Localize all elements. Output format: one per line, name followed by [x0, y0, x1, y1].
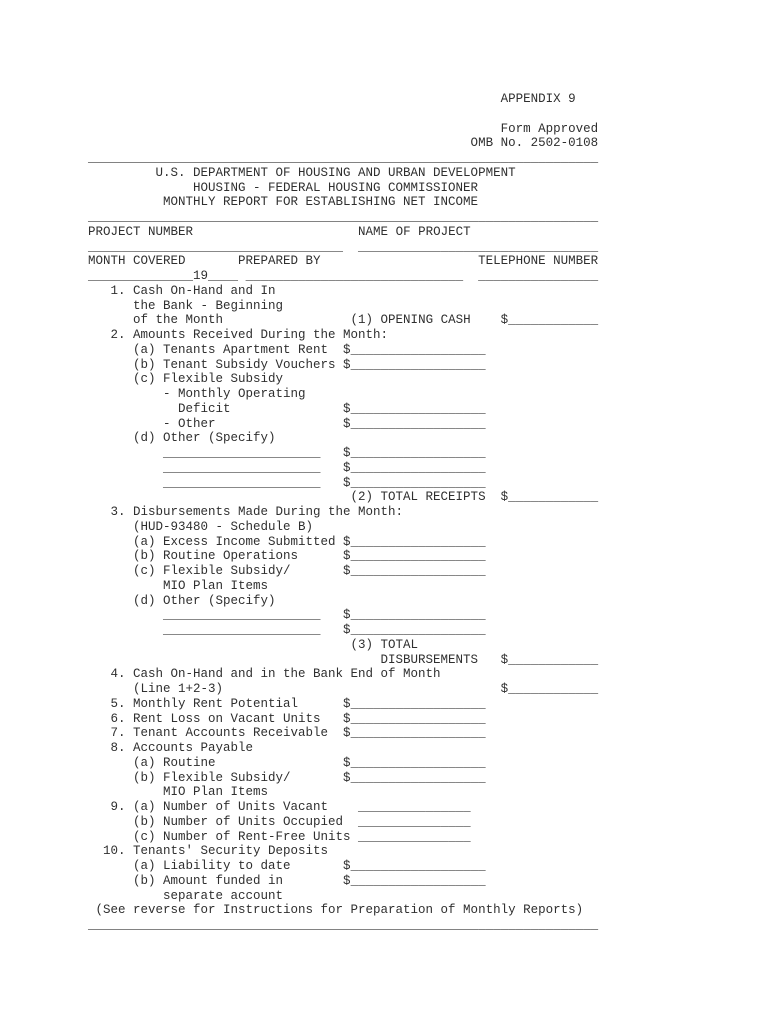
item-10b-label: (b) Amount funded in	[88, 874, 283, 888]
item-3a-label: (a) Excess Income Submitted	[88, 535, 336, 549]
item-2b-label: (b) Tenant Subsidy Vouchers	[88, 358, 336, 372]
document-page: APPENDIX 9 Form Approved OMB No. 2502-01…	[0, 0, 770, 1024]
item-5-amount-field[interactable]: __________________	[351, 697, 486, 711]
omb-number: OMB No. 2502-0108	[88, 136, 598, 150]
item-9c-field[interactable]: _______________	[351, 830, 471, 844]
divider-line: ________________________________________…	[88, 210, 598, 224]
item-3b-amount-field[interactable]: __________________	[351, 549, 486, 563]
item-3d-blank-row-1: _____________________ $_________________…	[88, 608, 598, 623]
month-fields-row: ______________19____ ___________________…	[88, 269, 598, 284]
item-3d-label: (d) Other (Specify)	[88, 594, 276, 608]
year-field[interactable]: ____	[208, 269, 238, 283]
form-title-row: MONTHLY REPORT FOR ESTABLISHING NET INCO…	[88, 195, 598, 210]
item-2c-sub2-row: - Other $__________________	[88, 417, 598, 432]
item-10-row: 10. Tenants' Security Deposits	[88, 844, 598, 859]
item-2c-deficit-amount-field[interactable]: __________________	[351, 402, 486, 416]
item-1-label-cont-2: of the Month	[88, 313, 223, 327]
divider-row: ________________________________________…	[88, 918, 598, 933]
dollar-sign: $	[321, 461, 351, 475]
footer-note: (See reverse for Instructions for Prepar…	[88, 903, 583, 917]
item-2d-blank-row-3: _____________________ $_________________…	[88, 476, 598, 491]
item-4-row-2: (Line 1+2-3) $____________	[88, 682, 598, 697]
item-10b-amount-field[interactable]: __________________	[351, 874, 486, 888]
divider-row: ________________________________________…	[88, 151, 598, 166]
item-3c-row: (c) Flexible Subsidy/ $_________________…	[88, 564, 598, 579]
item-3d-row: (d) Other (Specify)	[88, 594, 598, 609]
name-of-project-field[interactable]: ________________________________	[343, 240, 598, 254]
item-3d-specify-field-2[interactable]: _____________________	[88, 623, 321, 637]
item-6-amount-field[interactable]: __________________	[351, 712, 486, 726]
item-4-formula: (Line 1+2-3)	[88, 682, 223, 696]
item-10a-label: (a) Liability to date	[88, 859, 291, 873]
name-of-project-label: NAME OF PROJECT	[193, 225, 471, 239]
total-disbursements-row-2: DISBURSEMENTS $____________	[88, 653, 598, 668]
item-8b-amount-field[interactable]: __________________	[351, 771, 486, 785]
item-2d-specify-field-2[interactable]: _____________________	[88, 461, 321, 475]
dollar-sign: $	[328, 343, 351, 357]
item-2d-label: (d) Other (Specify)	[88, 431, 276, 445]
footer-note-row: (See reverse for Instructions for Prepar…	[88, 903, 598, 918]
dollar-sign: $	[283, 874, 351, 888]
dollar-sign: $	[336, 358, 351, 372]
item-2c-other-label: - Other	[88, 417, 216, 431]
item-7-label: 7. Tenant Accounts Receivable	[88, 726, 328, 740]
item-2c-monthly-operating-label: - Monthly Operating	[88, 387, 306, 401]
dollar-sign: $	[478, 653, 508, 667]
item-2c-label: (c) Flexible Subsidy	[88, 372, 283, 386]
item-10a-row: (a) Liability to date $_________________…	[88, 859, 598, 874]
item-2d-specify-field-1[interactable]: _____________________	[88, 446, 321, 460]
prepared-by-field[interactable]: _____________________________	[238, 269, 463, 283]
item-9c-row: (c) Number of Rent-Free Units __________…	[88, 830, 598, 845]
item-3c-label: (c) Flexible Subsidy/	[88, 564, 291, 578]
item-8a-row: (a) Routine $__________________	[88, 756, 598, 771]
item-3d-specify-field-1[interactable]: _____________________	[88, 608, 321, 622]
total-disbursements-row: (3) TOTAL	[88, 638, 598, 653]
item-2d-blank-row-2: _____________________ $_________________…	[88, 461, 598, 476]
item-4-label: 4. Cash On-Hand and in the Bank End of M…	[88, 667, 441, 681]
item-1-row: 1. Cash On-Hand and In	[88, 284, 598, 299]
month-covered-label: MONTH COVERED	[88, 254, 186, 268]
item-2d-row: (d) Other (Specify)	[88, 431, 598, 446]
item-5-label: 5. Monthly Rent Potential	[88, 697, 298, 711]
project-number-label: PROJECT NUMBER	[88, 225, 193, 239]
item-9a-label: 9. (a) Number of Units Vacant	[88, 800, 328, 814]
omb-row: OMB No. 2502-0108	[88, 136, 598, 151]
item-3d-amount-field-2[interactable]: __________________	[351, 623, 486, 637]
dollar-sign: $	[216, 756, 351, 770]
total-receipts-row: (2) TOTAL RECEIPTS $____________	[88, 490, 598, 505]
item-7-amount-field[interactable]: __________________	[351, 726, 486, 740]
item-3d-amount-field-1[interactable]: __________________	[351, 608, 486, 622]
item-7-row: 7. Tenant Accounts Receivable $_________…	[88, 726, 598, 741]
divider-row: ________________________________________…	[88, 210, 598, 225]
item-2b-amount-field[interactable]: __________________	[351, 358, 486, 372]
item-3a-row: (a) Excess Income Submitted $___________…	[88, 535, 598, 550]
opening-cash-field[interactable]: ____________	[508, 313, 598, 327]
item-8b-row-2: MIO Plan Items	[88, 785, 598, 800]
item-4-row: 4. Cash On-Hand and in the Bank End of M…	[88, 667, 598, 682]
item-10b-row: (b) Amount funded in $__________________	[88, 874, 598, 889]
project-number-field[interactable]: __________________________________	[88, 240, 343, 254]
item-10b-row-2: separate account	[88, 889, 598, 904]
dollar-sign: $	[291, 771, 351, 785]
item-3-note-row: (HUD-93480 - Schedule B)	[88, 520, 598, 535]
divider-line: ________________________________________…	[88, 151, 598, 165]
item-10a-amount-field[interactable]: __________________	[351, 859, 486, 873]
item-1-label: 1. Cash On-Hand and In	[88, 284, 276, 298]
dollar-sign: $	[223, 682, 508, 696]
dollar-sign: $	[321, 446, 351, 460]
month-header-row: MONTH COVERED PREPARED BY TELEPHONE NUMB…	[88, 254, 598, 269]
item-9b-label: (b) Number of Units Occupied	[88, 815, 343, 829]
appendix-label: APPENDIX 9	[88, 92, 576, 106]
item-3-label: 3. Disbursements Made During the Month:	[88, 505, 403, 519]
dollar-sign: $	[298, 697, 351, 711]
telephone-number-field[interactable]: ________________	[463, 269, 598, 283]
item-10b-label-cont: separate account	[88, 889, 283, 903]
item-2c-other-amount-field[interactable]: __________________	[351, 417, 486, 431]
dollar-sign: $	[291, 564, 351, 578]
item-2a-label: (a) Tenants Apartment Rent	[88, 343, 328, 357]
item-3c-row-2: MIO Plan Items	[88, 579, 598, 594]
item-2c-row: (c) Flexible Subsidy	[88, 372, 598, 387]
year-19-text: 19	[193, 269, 208, 283]
appendix-row: APPENDIX 9	[88, 92, 598, 107]
item-2a-row: (a) Tenants Apartment Rent $____________…	[88, 343, 598, 358]
dollar-sign: $	[216, 417, 351, 431]
item-6-row: 6. Rent Loss on Vacant Units $__________…	[88, 712, 598, 727]
dollar-sign: $	[298, 549, 351, 563]
dollar-sign: $	[291, 859, 351, 873]
department-title: U.S. DEPARTMENT OF HOUSING AND URBAN DEV…	[88, 166, 516, 180]
total-disbursements-field[interactable]: ____________	[508, 653, 598, 667]
item-3c-label-cont: MIO Plan Items	[88, 579, 268, 593]
form-approved-label: Form Approved	[88, 122, 598, 136]
dollar-sign: $	[321, 623, 351, 637]
item-8a-label: (a) Routine	[88, 756, 216, 770]
item-3b-label: (b) Routine Operations	[88, 549, 298, 563]
agency-subtitle-row: HOUSING - FEDERAL HOUSING COMMISSIONER	[88, 181, 598, 196]
item-2c-sub1-row: - Monthly Operating	[88, 387, 598, 402]
item-8b-label: (b) Flexible Subsidy/	[88, 771, 291, 785]
dollar-sign: $	[231, 402, 351, 416]
item-8b-row: (b) Flexible Subsidy/ $_________________…	[88, 771, 598, 786]
project-header-row: PROJECT NUMBER NAME OF PROJECT	[88, 225, 598, 240]
item-9a-row: 9. (a) Number of Units Vacant __________…	[88, 800, 598, 815]
dollar-sign: $	[321, 608, 351, 622]
item-8a-amount-field[interactable]: __________________	[351, 756, 486, 770]
item-8-row: 8. Accounts Payable	[88, 741, 598, 756]
dollar-sign: $	[471, 313, 509, 327]
item-2a-amount-field[interactable]: __________________	[351, 343, 486, 357]
dollar-sign: $	[321, 476, 351, 490]
item-3-schedule-note: (HUD-93480 - Schedule B)	[88, 520, 313, 534]
opening-cash-label: (1) OPENING CASH	[223, 313, 471, 327]
item-2d-blank-row-1: _____________________ $_________________…	[88, 446, 598, 461]
item-2b-row: (b) Tenant Subsidy Vouchers $___________…	[88, 358, 598, 373]
item-2c-sub1-row-2: Deficit $__________________	[88, 402, 598, 417]
item-5-row: 5. Monthly Rent Potential $_____________…	[88, 697, 598, 712]
telephone-number-label: TELEPHONE NUMBER	[321, 254, 599, 268]
item-1-label-cont: the Bank - Beginning	[88, 299, 283, 313]
item-3d-blank-row-2: _____________________ $_________________…	[88, 623, 598, 638]
total-disbursements-label-cont: DISBURSEMENTS	[88, 653, 478, 667]
total-disbursements-label: (3) TOTAL	[88, 638, 418, 652]
item-8b-label-cont: MIO Plan Items	[88, 785, 268, 799]
item-10-label: 10. Tenants' Security Deposits	[88, 844, 328, 858]
prepared-by-label: PREPARED BY	[186, 254, 321, 268]
item-2-row: 2. Amounts Received During the Month:	[88, 328, 598, 343]
dollar-sign: $	[321, 712, 351, 726]
agency-subtitle: HOUSING - FEDERAL HOUSING COMMISSIONER	[88, 181, 478, 195]
item-4-amount-field[interactable]: ____________	[508, 682, 598, 696]
dept-title-row: U.S. DEPARTMENT OF HOUSING AND URBAN DEV…	[88, 166, 598, 181]
item-6-label: 6. Rent Loss on Vacant Units	[88, 712, 321, 726]
dollar-sign: $	[328, 726, 351, 740]
item-2d-amount-field-2[interactable]: __________________	[351, 461, 486, 475]
item-8-label: 8. Accounts Payable	[88, 741, 253, 755]
item-3c-amount-field[interactable]: __________________	[351, 564, 486, 578]
item-9c-label: (c) Number of Rent-Free Units	[88, 830, 351, 844]
item-9b-field[interactable]: _______________	[343, 815, 471, 829]
total-receipts-field[interactable]: ____________	[508, 490, 598, 504]
item-1-row-2: the Bank - Beginning	[88, 299, 598, 314]
item-9a-field[interactable]: _______________	[328, 800, 471, 814]
divider-line: ________________________________________…	[88, 918, 598, 932]
item-2c-deficit-label: Deficit	[88, 402, 231, 416]
item-3b-row: (b) Routine Operations $________________…	[88, 549, 598, 564]
dollar-sign: $	[336, 535, 351, 549]
item-1-row-3: of the Month (1) OPENING CASH $_________…	[88, 313, 598, 328]
total-receipts-label: (2) TOTAL RECEIPTS	[88, 490, 486, 504]
form-approved-row: Form Approved	[88, 122, 598, 137]
item-2d-amount-field-1[interactable]: __________________	[351, 446, 486, 460]
form-title: MONTHLY REPORT FOR ESTABLISHING NET INCO…	[88, 195, 478, 209]
item-2d-amount-field-3[interactable]: __________________	[351, 476, 486, 490]
item-2-label: 2. Amounts Received During the Month:	[88, 328, 388, 342]
item-3-row: 3. Disbursements Made During the Month:	[88, 505, 598, 520]
dollar-sign: $	[486, 490, 509, 504]
month-covered-field[interactable]: ______________	[88, 269, 193, 283]
form-body: APPENDIX 9 Form Approved OMB No. 2502-01…	[88, 92, 598, 933]
item-2d-specify-field-3[interactable]: _____________________	[88, 476, 321, 490]
item-9b-row: (b) Number of Units Occupied ___________…	[88, 815, 598, 830]
blank-row	[88, 107, 598, 122]
item-3a-amount-field[interactable]: __________________	[351, 535, 486, 549]
project-fields-row: __________________________________ _____…	[88, 240, 598, 255]
